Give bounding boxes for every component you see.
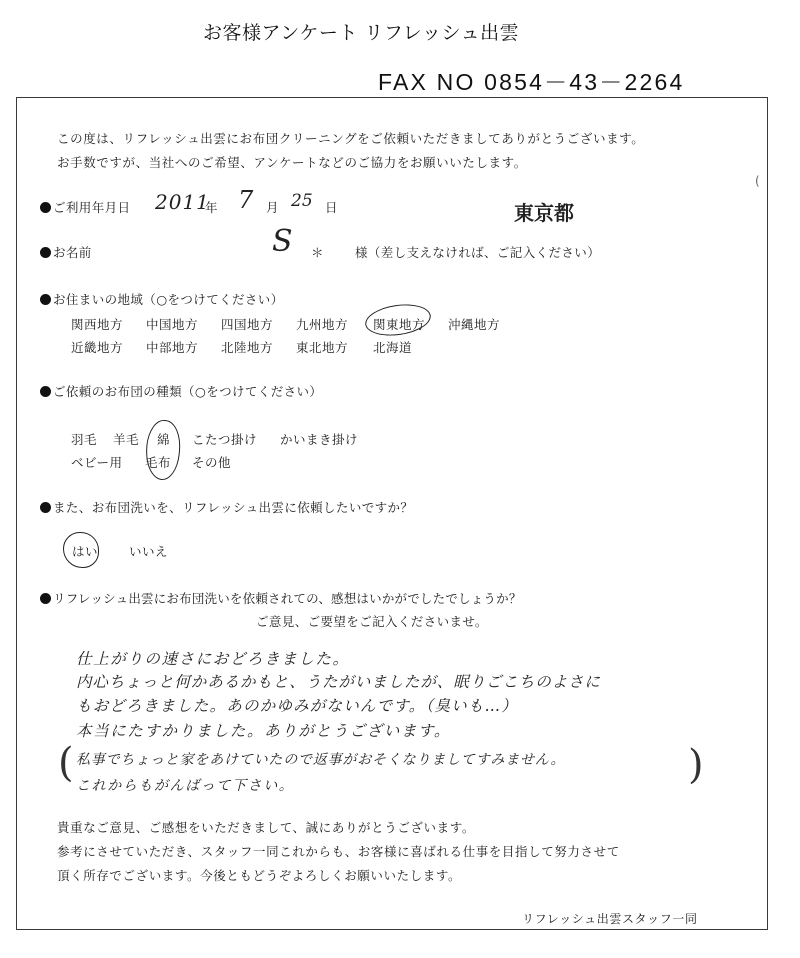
impression-question: リフレッシュ出雲にお布団洗いを依頼されての、感想はいかがでしたでしょうか？ (40, 589, 522, 607)
region-option-kyushu[interactable]: 九州地方 (296, 315, 348, 333)
month-unit: 月 (266, 198, 279, 216)
comment-line-4: 本当にたすかりました。ありがとうございます。 (76, 719, 451, 741)
region-option-okinawa[interactable]: 沖縄地方 (448, 315, 500, 333)
usage-date-label: ご利用年月日 (53, 200, 130, 215)
close-parenthesis-mark: ) (688, 742, 704, 788)
region-option-chugoku[interactable]: 中国地方 (146, 315, 198, 333)
closing-line-2: 参考にさせていただき、スタッフ一同これからも、お客様に喜ばれる仕事を目指して努力… (57, 842, 620, 860)
handwritten-prefecture-note: 東京都 (514, 197, 574, 226)
survey-title: お客様アンケート リフレッシュ出雲 (203, 18, 519, 45)
comment-line-5: 私事でちょっと家をあけていたので返事がおそくなりましてすみません。 (76, 749, 565, 769)
region-option-hokuriku[interactable]: 北陸地方 (221, 338, 273, 356)
impression-sublabel: ご意見、ご要望をご記入くださいませ。 (256, 612, 488, 630)
futon-type-label: ご依頼のお布団の種類（○をつけてください） (53, 384, 322, 399)
year-unit: 年 (205, 198, 218, 216)
usage-year-value[interactable]: 2011 (155, 190, 210, 214)
usage-date-row: ご利用年月日 (40, 198, 130, 216)
repeat-option-no[interactable]: いいえ (129, 542, 168, 560)
region-option-kansai[interactable]: 関西地方 (71, 315, 123, 333)
region-question: お住まいの地域（○をつけてください） (40, 290, 284, 308)
bullet-icon (40, 247, 51, 258)
comment-line-1: 仕上がりの速さにおどろきました。 (76, 647, 350, 669)
closing-line-3: 頂く所存でございます。今後ともどうぞよろしくお願いいたします。 (57, 866, 461, 884)
comment-line-2: 内心ちょっと何かあるかもと、うたがいましたが、眠りごこちのよさに (76, 670, 601, 692)
usage-month-value[interactable]: 7 (238, 186, 253, 214)
intro-line-1: この度は、リフレッシュ出雲にお布団クリーニングをご依頼いただきましてありがとうご… (57, 129, 644, 147)
intro-line-2: お手数ですが、当社へのご希望、アンケートなどのご協力をお願いいたします。 (57, 153, 527, 171)
name-mask: ＊ (311, 243, 324, 261)
futon-option-kotatsu[interactable]: こたつ掛け (192, 430, 257, 448)
region-option-tohoku[interactable]: 東北地方 (296, 338, 348, 356)
bullet-icon (40, 502, 51, 513)
bullet-icon (40, 593, 51, 604)
futon-option-baby[interactable]: ベビー用 (71, 453, 123, 471)
futon-option-kaimaki[interactable]: かいまき掛け (280, 430, 358, 448)
name-label: お名前 (53, 245, 92, 260)
name-suffix: 様（差し支えなければ、ご記入ください） (355, 243, 600, 261)
region-option-shikoku[interactable]: 四国地方 (221, 315, 273, 333)
fax-number: FAX NO 0854－43－2264 (378, 64, 684, 97)
futon-option-down[interactable]: 羽毛 (71, 430, 97, 448)
name-row: お名前 (40, 243, 92, 261)
bullet-icon (40, 202, 51, 213)
impression-label: リフレッシュ出雲にお布団洗いを依頼されての、感想はいかがでしたでしょうか？ (53, 591, 522, 606)
staff-signature: リフレッシュ出雲スタッフ一同 (522, 910, 698, 927)
name-value[interactable]: S (272, 224, 293, 259)
futon-type-question: ご依頼のお布団の種類（○をつけてください） (40, 382, 322, 400)
open-parenthesis-mark: ( (58, 740, 74, 786)
region-option-chubu[interactable]: 中部地方 (146, 338, 198, 356)
futon-option-wool[interactable]: 羊毛 (113, 430, 139, 448)
comment-line-6: これからもがんばって下さい。 (76, 775, 294, 795)
closing-line-1: 貴重なご意見、ご感想をいただきまして、誠にありがとうございます。 (57, 818, 475, 836)
comment-line-3: もおどろきました。あのかゆみがないんです。（臭いも…） (76, 694, 518, 716)
day-unit: 日 (325, 198, 338, 216)
selected-circle-mark (63, 532, 99, 568)
region-option-hokkaido[interactable]: 北海道 (373, 338, 412, 356)
repeat-label: また、お布団洗いを、リフレッシュ出雲に依頼したいですか？ (53, 500, 413, 515)
repeat-question: また、お布団洗いを、リフレッシュ出雲に依頼したいですか？ (40, 498, 413, 516)
usage-day-value[interactable]: 25 (291, 191, 313, 211)
bullet-icon (40, 386, 51, 397)
region-option-kinki[interactable]: 近畿地方 (71, 338, 123, 356)
scan-mark: ( (755, 174, 760, 188)
region-label: お住まいの地域（○をつけてください） (53, 292, 284, 307)
bullet-icon (40, 294, 51, 305)
futon-option-other[interactable]: その他 (192, 453, 231, 471)
